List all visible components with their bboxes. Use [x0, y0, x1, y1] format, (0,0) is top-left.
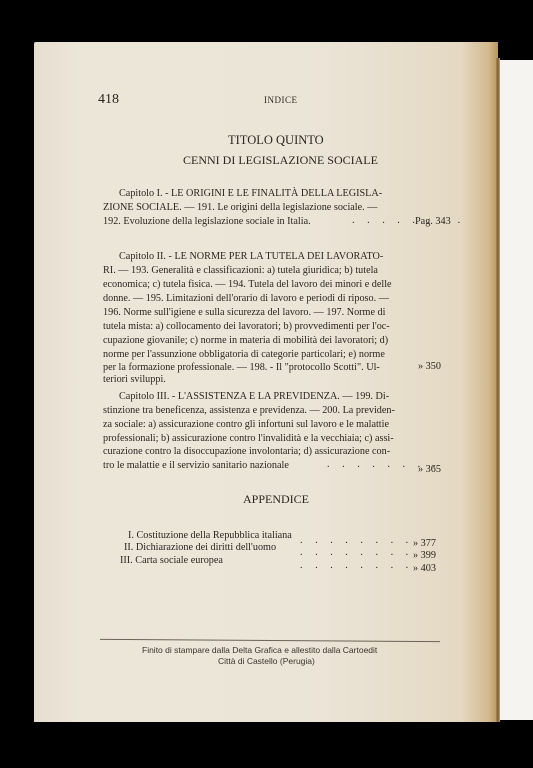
page-gutter: [496, 58, 500, 722]
page-number: 418: [98, 92, 119, 108]
section-label: TITOLO QUINTO: [228, 133, 324, 148]
toc-line: cupazione giovanile; c) norme in materia…: [103, 334, 453, 348]
colophon-line-2: Città di Castello (Perugia): [218, 656, 315, 666]
running-header: INDICE: [264, 95, 298, 105]
toc-line: stinzione tra beneficenza, assistenza e …: [103, 404, 453, 418]
appendix-item-label: II. Dichiarazione dei diritti dell'uomo: [124, 542, 276, 553]
toc-line: Capitolo II. - LE NORME PER LA TUTELA DE…: [103, 250, 469, 264]
toc-line: norme per l'assunzione obbligatoria di c…: [103, 348, 453, 362]
colophon-line-1: Finito di stampare dalla Delta Grafica e…: [142, 645, 377, 655]
facing-page-edge: [500, 60, 533, 720]
toc-line: Capitolo III. - L'ASSISTENZA E LA PREVID…: [103, 390, 469, 404]
page-ref: » 403: [413, 563, 436, 574]
toc-line: donne. — 195. Limitazioni dell'orario di…: [103, 292, 453, 306]
toc-line: professionali; b) assicurazione contro l…: [103, 432, 453, 446]
toc-line: curazione contro la disoccupazione invol…: [103, 445, 453, 459]
page-ref: » 350: [418, 361, 441, 372]
appendix-item-label: III. Carta sociale europea: [120, 555, 223, 566]
toc-line: 196. Norme sull'igiene e sulla sicurezza…: [103, 306, 453, 320]
leader-dots: . . . . . . . .: [300, 560, 413, 571]
page-ref: » 377: [413, 538, 436, 549]
toc-line: Capitolo I. - LE ORIGINI E LE FINALITÀ D…: [103, 187, 469, 201]
toc-line: ZIONE SOCIALE. — 191. Le origini della l…: [103, 201, 453, 215]
toc-line: teriori sviluppi.: [103, 373, 453, 387]
leader-dots: . . . . . . . .: [300, 547, 413, 558]
leader-dots: . . . . . . . .: [300, 535, 413, 546]
appendix-title: APPENDICE: [243, 492, 309, 507]
toc-line: tutela mista: a) collocamento dei lavora…: [103, 320, 453, 334]
appendix-item-label: I. Costituzione della Repubblica italian…: [128, 530, 292, 541]
toc-line: za sociale: a) assicurazione contro gli …: [103, 418, 453, 432]
page-ref: » 365: [418, 464, 441, 475]
toc-line: economica; c) tutela fisica. — 194. Tute…: [103, 278, 453, 292]
page-ref: » 399: [413, 550, 436, 561]
page-ref: Pag. 343: [415, 216, 451, 227]
toc-line: RI. — 193. Generalità e classificazioni:…: [103, 264, 453, 278]
section-title: CENNI DI LEGISLAZIONE SOCIALE: [183, 153, 378, 168]
